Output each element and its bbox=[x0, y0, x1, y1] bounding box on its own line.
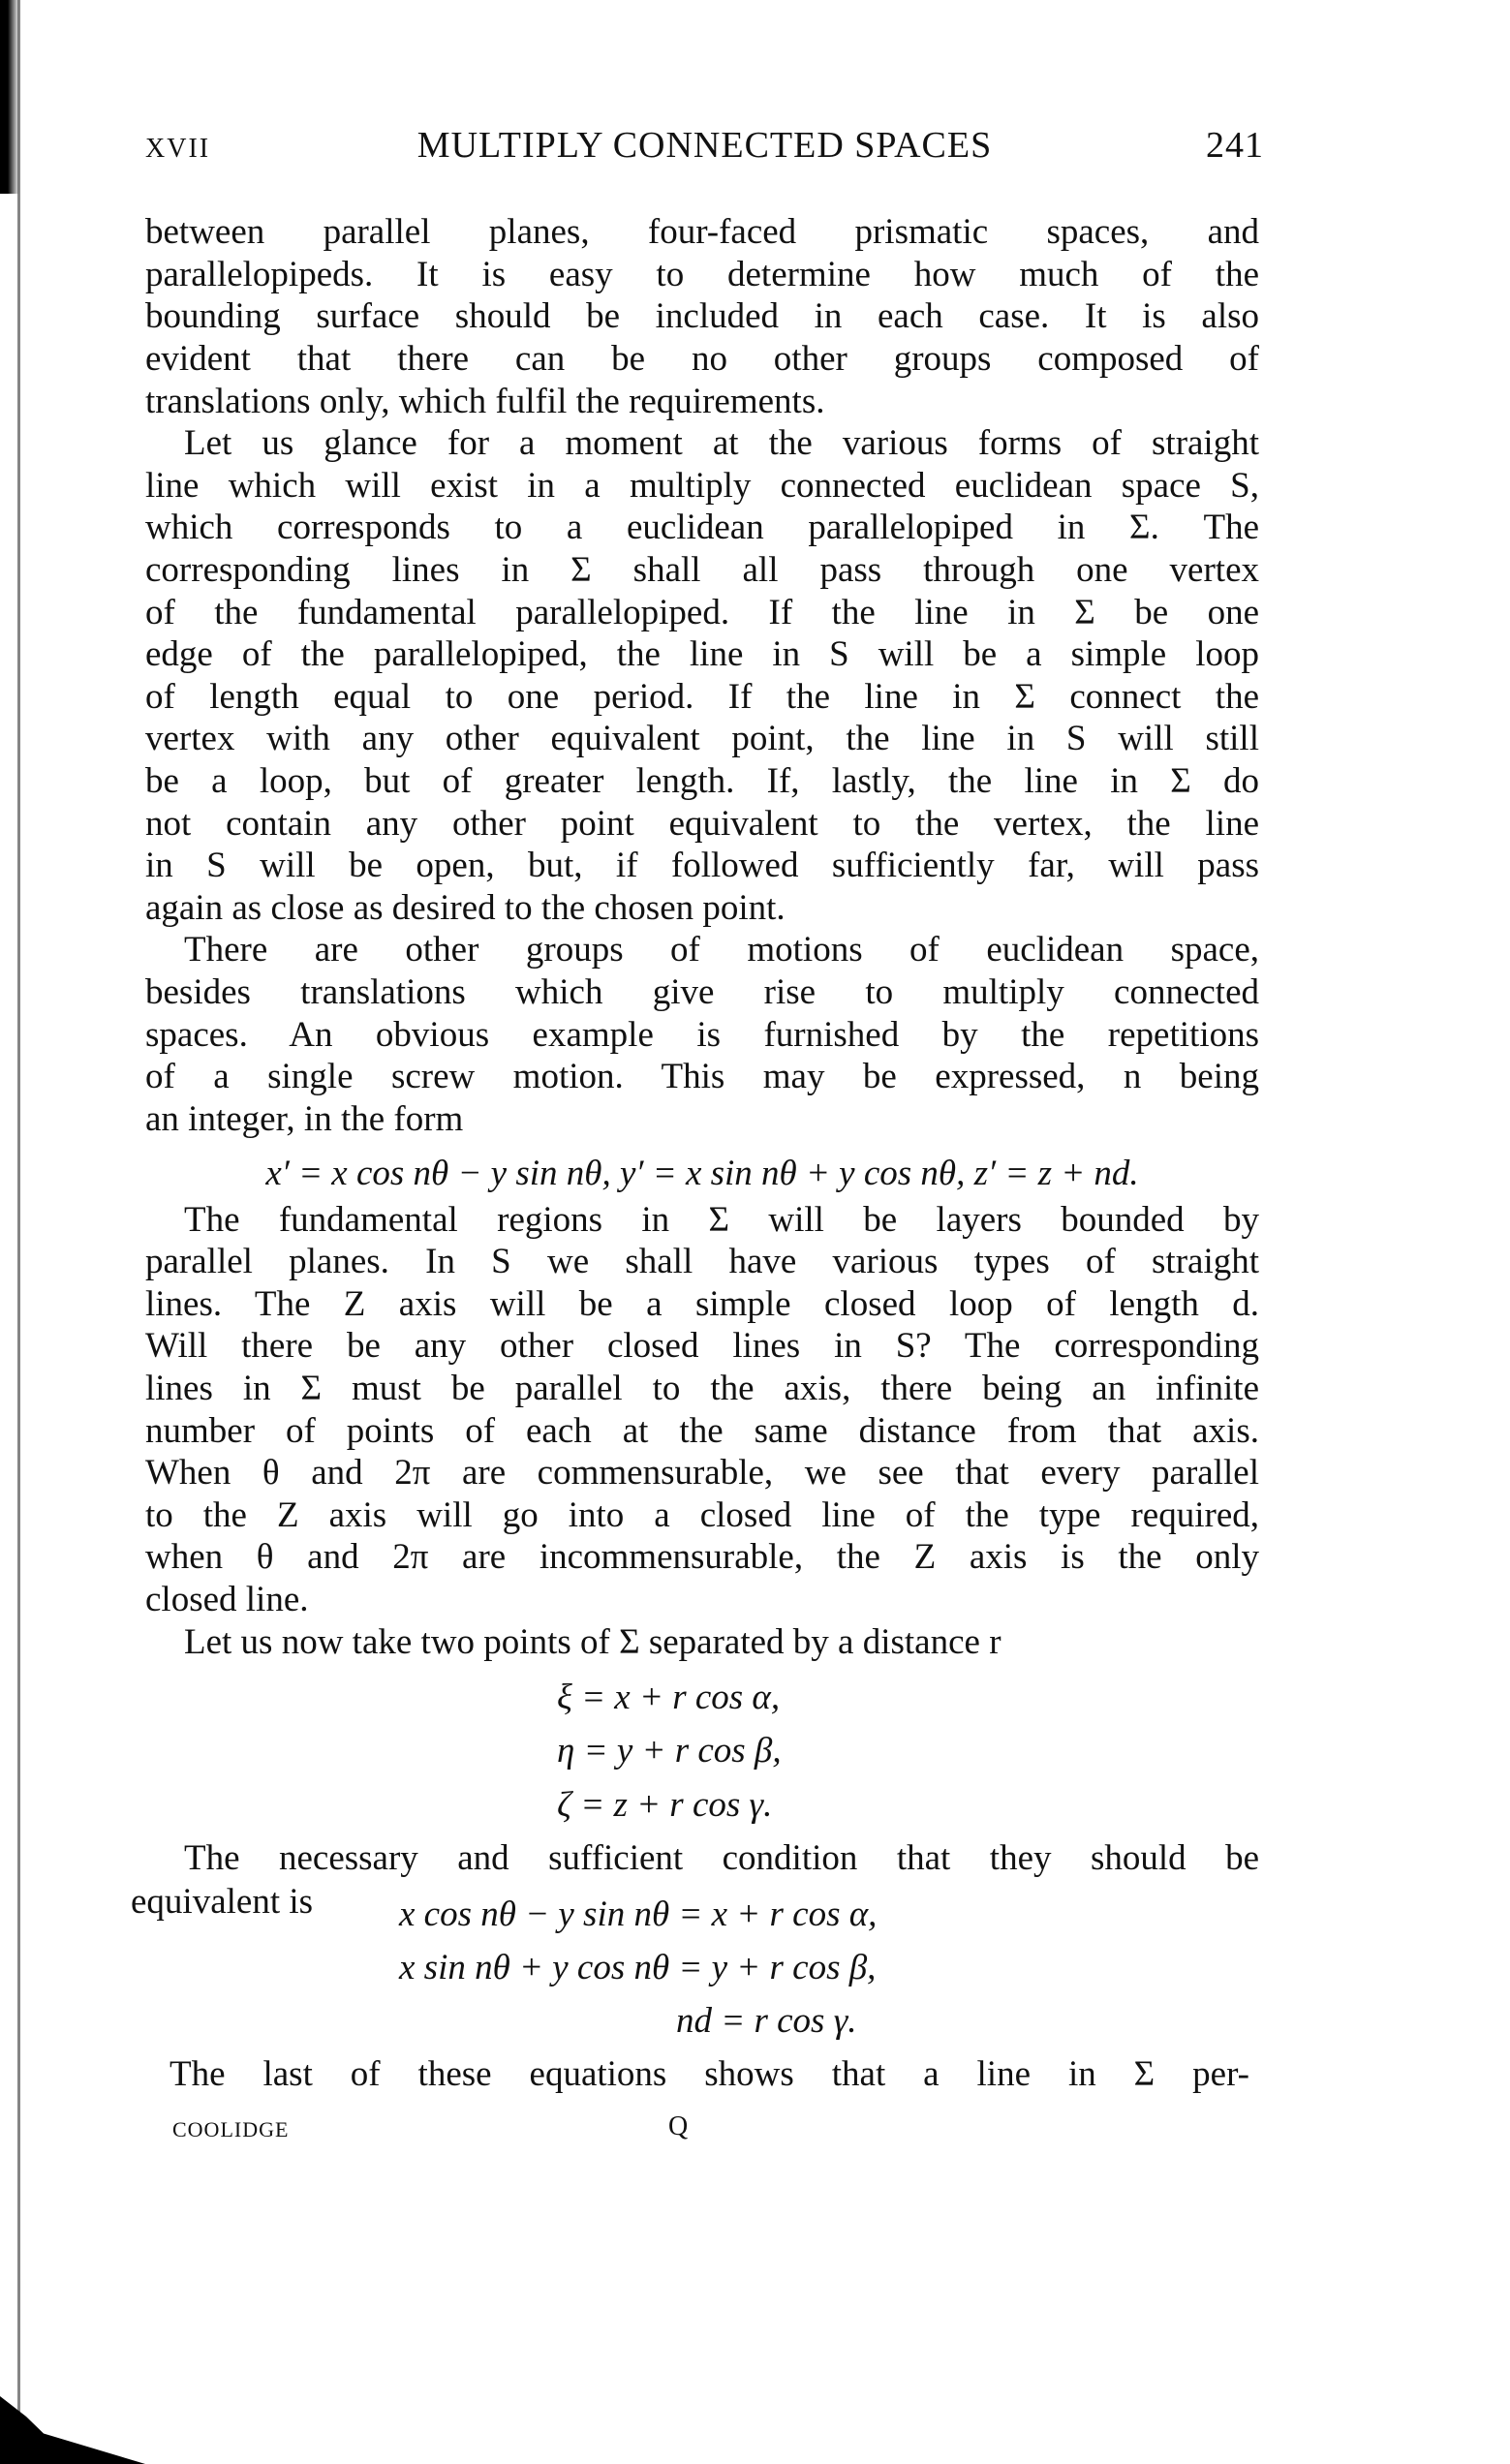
body-line: number of points of each at the same dis… bbox=[145, 1410, 1259, 1453]
equation-condition-3: nd = r cos γ. bbox=[676, 2000, 857, 2043]
equation-condition-2: x sin nθ + y cos nθ = y + r cos β, bbox=[399, 1947, 876, 1989]
scan-corner-shadow bbox=[0, 2396, 145, 2464]
body-line: not contain any other point equivalent t… bbox=[145, 803, 1259, 846]
body-line: lines in Σ must be parallel to the axis,… bbox=[145, 1368, 1259, 1410]
running-title: MULTIPLY CONNECTED SPACES bbox=[145, 124, 1264, 167]
body-line: be a loop, but of greater length. If, la… bbox=[145, 760, 1259, 803]
equation-eta: η = y + r cos β, bbox=[557, 1730, 782, 1772]
body-line: parallel planes. In S we shall have vari… bbox=[145, 1241, 1259, 1283]
body-line: besides translations which give rise to … bbox=[145, 971, 1259, 1014]
equation-screw-motion: x′ = x cos nθ − y sin nθ, y′ = x sin nθ … bbox=[145, 1153, 1259, 1195]
body-line: an integer, in the form bbox=[145, 1098, 1259, 1141]
body-line: between parallel planes, four-faced pris… bbox=[145, 211, 1259, 254]
body-line: to the Z axis will go into a closed line… bbox=[145, 1494, 1259, 1537]
binding-shadow bbox=[0, 0, 19, 194]
body-line: again as close as desired to the chosen … bbox=[145, 887, 1259, 930]
signature-mark: Q bbox=[668, 2111, 688, 2142]
body-line: Will there be any other closed lines in … bbox=[145, 1325, 1259, 1368]
body-line: Let us now take two points of Σ separate… bbox=[184, 1621, 1259, 1664]
body-line: parallelopipeds. It is easy to determine… bbox=[145, 254, 1259, 296]
body-line: which corresponds to a euclidean paralle… bbox=[145, 507, 1259, 549]
body-line: corresponding lines in Σ shall all pass … bbox=[145, 549, 1259, 592]
binding-edge-line bbox=[17, 0, 20, 2421]
running-header: XVII MULTIPLY CONNECTED SPACES 241 bbox=[145, 124, 1264, 167]
equation-zeta: ζ = z + r cos γ. bbox=[557, 1784, 772, 1827]
body-line: of the fundamental parallelopiped. If th… bbox=[145, 592, 1259, 634]
book-page: XVII MULTIPLY CONNECTED SPACES 241 betwe… bbox=[0, 0, 1510, 2464]
body-line: of length equal to one period. If the li… bbox=[145, 676, 1259, 719]
body-line: of a single screw motion. This may be ex… bbox=[145, 1056, 1259, 1098]
equation-xi: ξ = x + r cos α, bbox=[557, 1677, 780, 1719]
body-line: When θ and 2π are commensurable, we see … bbox=[145, 1452, 1259, 1494]
body-line: There are other groups of motions of euc… bbox=[184, 929, 1259, 971]
page-number: 241 bbox=[1206, 124, 1264, 167]
body-line: line which will exist in a multiply conn… bbox=[145, 465, 1259, 508]
body-line: lines. The Z axis will be a simple close… bbox=[145, 1283, 1259, 1326]
equation-condition-1: x cos nθ − y sin nθ = x + r cos α, bbox=[399, 1894, 877, 1936]
body-line: The fundamental regions in Σ will be lay… bbox=[184, 1199, 1259, 1242]
body-line: when θ and 2π are incommensurable, the Z… bbox=[145, 1536, 1259, 1579]
body-line: edge of the parallelopiped, the line in … bbox=[145, 633, 1259, 676]
printer-signature: COOLIDGE bbox=[172, 2117, 289, 2142]
body-line: Let us glance for a moment at the variou… bbox=[184, 422, 1259, 465]
body-line: closed line. bbox=[145, 1579, 1259, 1621]
body-line: translations only, which fulfil the requ… bbox=[145, 381, 1259, 423]
body-line: The necessary and sufficient condition t… bbox=[184, 1837, 1259, 1880]
body-line: vertex with any other equivalent point, … bbox=[145, 718, 1259, 760]
body-line: The last of these equations shows that a… bbox=[169, 2053, 1249, 2096]
body-line: equivalent is bbox=[131, 1881, 313, 1924]
body-line: spaces. An obvious example is furnished … bbox=[145, 1014, 1259, 1057]
body-line: evident that there can be no other group… bbox=[145, 338, 1259, 381]
body-line: in S will be open, but, if followed suff… bbox=[145, 845, 1259, 887]
body-line: bounding surface should be included in e… bbox=[145, 295, 1259, 338]
